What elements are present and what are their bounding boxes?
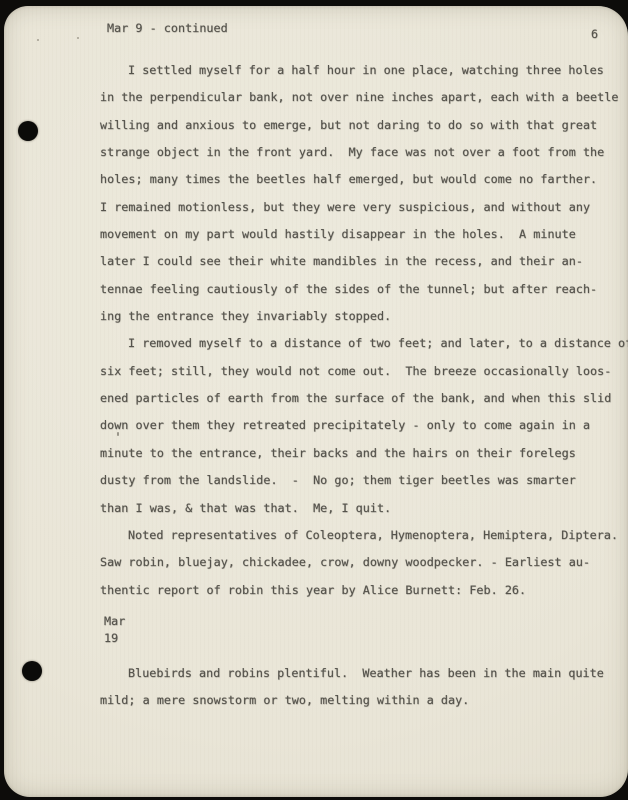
typewritten-line: ened particles of earth from the surface… bbox=[100, 385, 628, 412]
typewritten-line: movement on my part would hastily disapp… bbox=[100, 221, 628, 248]
typewritten-line: mild; a mere snowstorm or two, melting w… bbox=[100, 687, 628, 714]
paper-sheet: Mar 9 - continued 6 I settled myself for… bbox=[4, 6, 628, 797]
typewritten-line: six feet; still, they would not come out… bbox=[100, 358, 628, 385]
typewritten-line: dusty from the landslide. - No go; them … bbox=[100, 467, 628, 494]
typewritten-line: willing and anxious to emerge, but not d… bbox=[100, 112, 628, 139]
date-day: 19 bbox=[104, 630, 628, 648]
typewritten-line: I remained motionless, but they were ver… bbox=[100, 194, 628, 221]
date-month: Mar bbox=[104, 613, 628, 631]
typewritten-line: I settled myself for a half hour in one … bbox=[100, 57, 628, 84]
typewritten-line: minute to the entrance, their backs and … bbox=[100, 440, 628, 467]
typewritten-line: later I could see their white mandibles … bbox=[100, 248, 628, 275]
typewritten-line: tennae feeling cautiously of the sides o… bbox=[100, 276, 628, 303]
entry-mar9-text: I settled myself for a half hour in one … bbox=[100, 57, 628, 604]
entry-mar19-date: Mar 19 bbox=[104, 613, 628, 648]
typewritten-content: Mar 9 - continued 6 I settled myself for… bbox=[4, 6, 628, 797]
typewritten-line: holes; many times the beetles half emerg… bbox=[100, 166, 628, 193]
entry-mar19-text: Bluebirds and robins plentiful. Weather … bbox=[100, 660, 628, 715]
typewritten-line: thentic report of robin this year by Ali… bbox=[100, 577, 628, 604]
typewritten-line: Noted representatives of Coleoptera, Hym… bbox=[100, 522, 628, 549]
punch-hole-top bbox=[18, 121, 38, 141]
typewritten-line: than I was, & that was that. Me, I quit. bbox=[100, 495, 628, 522]
typewritten-line: I removed myself to a distance of two fe… bbox=[100, 330, 628, 357]
typewritten-line: Bluebirds and robins plentiful. Weather … bbox=[100, 660, 628, 687]
entry-date-header: Mar 9 - continued bbox=[107, 20, 628, 36]
page-number: 6 bbox=[591, 27, 598, 41]
typewritten-line: down over them they retreated precipitat… bbox=[100, 412, 628, 439]
typewritten-line: strange object in the front yard. My fac… bbox=[100, 139, 628, 166]
typewritten-line: Saw robin, bluejay, chickadee, crow, dow… bbox=[100, 549, 628, 576]
typewritten-line: ing the entrance they invariably stopped… bbox=[100, 303, 628, 330]
punch-hole-bottom bbox=[22, 661, 42, 681]
scanned-journal-page: { "colors": { "paper": "#e9e5d7", "ink":… bbox=[0, 0, 628, 800]
typewritten-line: in the perpendicular bank, not over nine… bbox=[100, 84, 628, 111]
